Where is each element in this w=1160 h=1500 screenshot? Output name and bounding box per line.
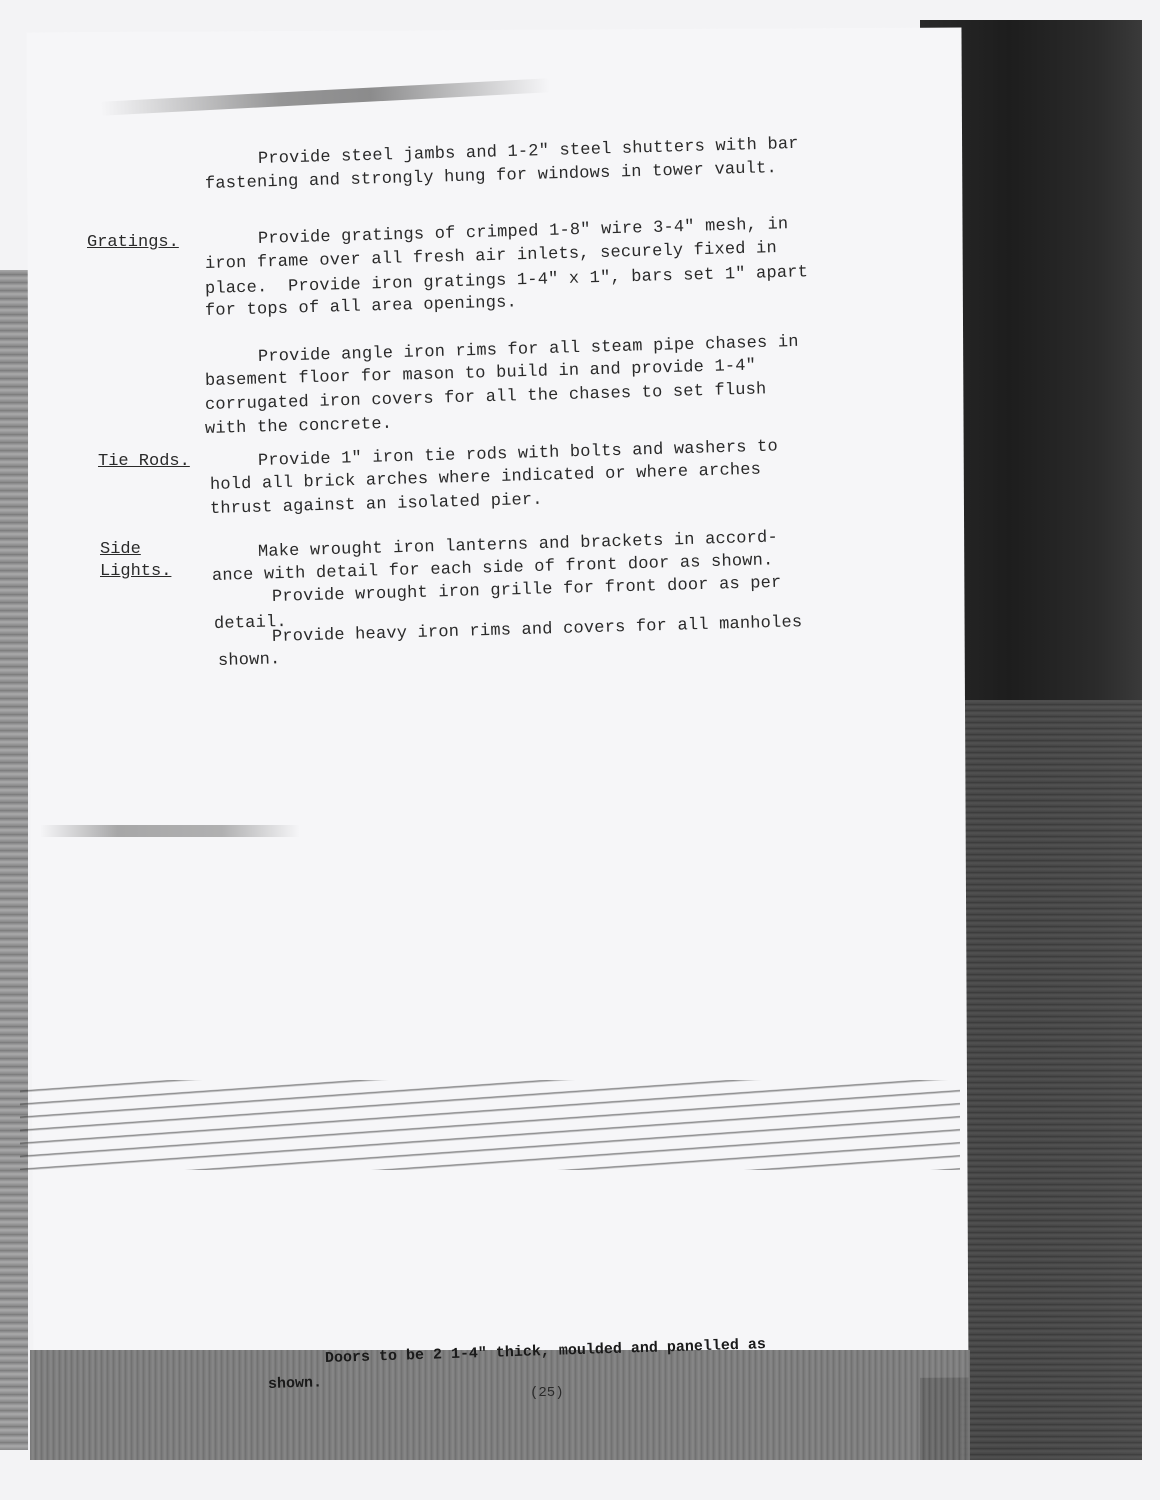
- margin-label-side: Side: [100, 540, 141, 559]
- margin-label-tie-rods: Tie Rods.: [98, 452, 190, 471]
- page-number: (25): [530, 1385, 564, 1401]
- margin-label-gratings: Gratings.: [87, 233, 179, 252]
- toner-smear-middle: [40, 825, 300, 837]
- margin-label-lights: Lights.: [100, 562, 171, 581]
- toner-smear-bottom: [30, 1350, 970, 1460]
- page-fold-lines: [20, 1080, 960, 1170]
- scanner-shadow-left: [0, 270, 28, 1450]
- bleed-through-text: shown.: [268, 1374, 323, 1393]
- text-line: shown.: [218, 650, 281, 671]
- scanner-shadow-lower: [960, 700, 1142, 1460]
